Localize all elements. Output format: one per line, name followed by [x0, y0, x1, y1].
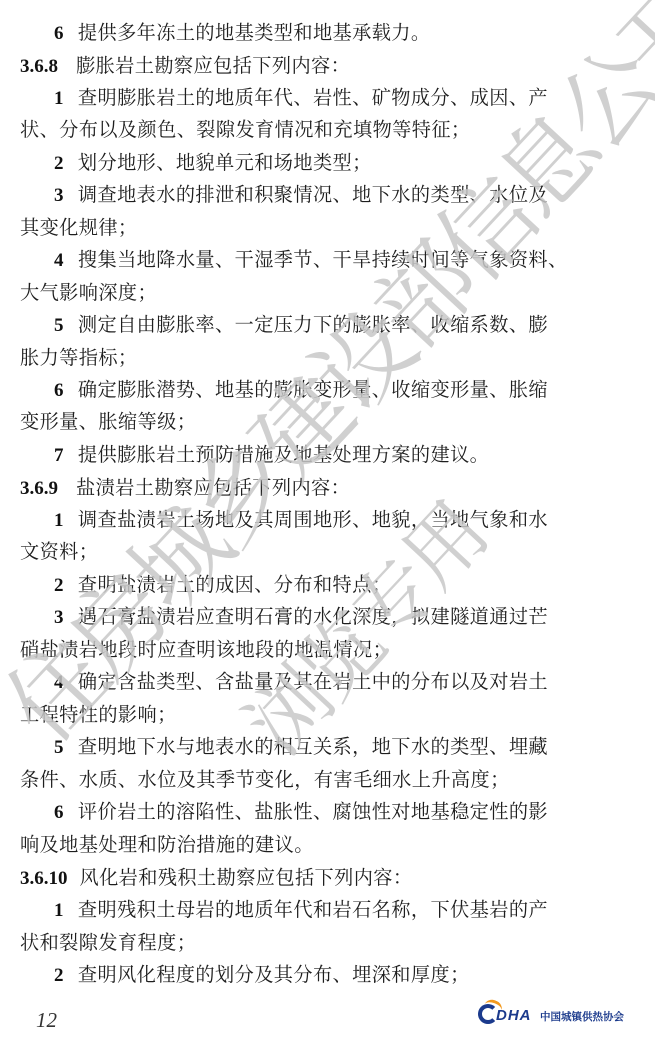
clause-heading: 3.6.9盐渍岩土勘察应包括下列内容：: [20, 472, 635, 504]
item-number: 1: [54, 895, 64, 927]
item-number: 6: [54, 375, 64, 407]
item-number: 3: [54, 180, 64, 212]
list-item: 5查明地下水与地表水的相互关系，地下水的类型、埋藏: [54, 731, 655, 763]
item-number: 2: [54, 148, 64, 180]
item-text: 条件、水质、水位及其季节变化，有害毛细水上升高度；: [20, 768, 510, 791]
clause-heading: 3.6.8膨胀岩土勘察应包括下列内容：: [20, 50, 635, 82]
list-item: 3调查地表水的排泄和积聚情况、地下水的类型、水位及: [54, 179, 655, 211]
continuation-line: 响及地基处理和防治措施的建议。: [20, 829, 635, 861]
item-text: 查明盐渍岩土的成因、分布和特点；: [78, 573, 391, 596]
item-text: 状和裂隙发育程度；: [20, 931, 196, 954]
item-number: 6: [54, 797, 64, 829]
item-text: 调查地表水的排泄和积聚情况、地下水的类型、水位及: [78, 183, 548, 206]
item-text: 硝盐渍岩地段时应查明该地段的地温情况；: [20, 638, 392, 661]
logo-icon: DHA: [478, 1002, 538, 1030]
item-number: 1: [54, 505, 64, 537]
list-item: 1调查盐渍岩土场地及其周围地形、地貌，当地气象和水: [54, 504, 655, 536]
continuation-line: 状和裂隙发育程度；: [20, 927, 635, 959]
clause-text: 风化岩和残积土勘察应包括下列内容：: [80, 866, 413, 889]
list-item: 6提供多年冻土的地基类型和地基承载力。: [54, 17, 655, 49]
list-item: 4确定含盐类型、含盐量及其在岩土中的分布以及对岩土: [54, 666, 655, 698]
item-text: 确定膨胀潜势、地基的膨胀变形量、收缩变形量、胀缩: [78, 378, 548, 401]
item-number: 3: [54, 602, 64, 634]
continuation-line: 状、分布以及颜色、裂隙发育情况和充填物等特征；: [20, 114, 635, 146]
item-number: 6: [54, 18, 64, 50]
continuation-line: 文资料；: [20, 536, 635, 568]
item-text: 查明残积土母岩的地质年代和岩石名称，下伏基岩的产: [78, 898, 548, 921]
list-item: 5测定自由膨胀率、一定压力下的膨胀率、收缩系数、膨: [54, 309, 655, 341]
item-text: 评价岩土的溶陷性、盐胀性、腐蚀性对地基稳定性的影: [78, 800, 548, 823]
item-text: 提供膨胀岩土预防措施及地基处理方案的建议。: [78, 443, 489, 466]
item-text: 调查盐渍岩土场地及其周围地形、地貌，当地气象和水: [78, 508, 548, 531]
continuation-line: 硝盐渍岩地段时应查明该地段的地温情况；: [20, 634, 635, 666]
list-item: 7提供膨胀岩土预防措施及地基处理方案的建议。: [54, 439, 655, 471]
item-text: 工程特性的影响；: [20, 703, 177, 726]
continuation-line: 条件、水质、水位及其季节变化，有害毛细水上升高度；: [20, 764, 635, 796]
item-text: 变形量、胀缩等级；: [20, 410, 196, 433]
logo-abbreviation: DHA: [496, 1007, 532, 1024]
item-number: 7: [54, 440, 64, 472]
logo-organization-name: 中国城镇供热协会: [540, 1009, 624, 1024]
item-text: 遇石膏盐渍岩应查明石膏的水化深度，拟建隧道通过芒: [78, 605, 548, 628]
item-text: 其变化规律；: [20, 216, 138, 239]
item-text: 状、分布以及颜色、裂隙发育情况和充填物等特征；: [20, 118, 471, 141]
continuation-line: 工程特性的影响；: [20, 699, 635, 731]
item-number: 4: [54, 667, 64, 699]
continuation-line: 大气影响深度；: [20, 277, 635, 309]
list-item: 6评价岩土的溶陷性、盐胀性、腐蚀性对地基稳定性的影: [54, 796, 655, 828]
clause-number: 3.6.8: [20, 51, 58, 83]
item-text: 胀力等指标；: [20, 346, 138, 369]
document-page: 6提供多年冻土的地基类型和地基承载力。 3.6.8膨胀岩土勘察应包括下列内容： …: [0, 0, 655, 1043]
cdha-logo: DHA 中国城镇供热协会: [478, 1002, 624, 1030]
item-text: 测定自由膨胀率、一定压力下的膨胀率、收缩系数、膨: [78, 313, 548, 336]
continuation-line: 胀力等指标；: [20, 342, 635, 374]
list-item: 6确定膨胀潜势、地基的膨胀变形量、收缩变形量、胀缩: [54, 374, 655, 406]
item-text: 查明膨胀岩土的地质年代、岩性、矿物成分、成因、产: [78, 86, 548, 109]
continuation-line: 其变化规律；: [20, 212, 635, 244]
list-item: 1查明残积土母岩的地质年代和岩石名称，下伏基岩的产: [54, 894, 655, 926]
list-item: 3遇石膏盐渍岩应查明石膏的水化深度，拟建隧道通过芒: [54, 601, 655, 633]
item-text: 查明风化程度的划分及其分布、埋深和厚度；: [78, 963, 470, 986]
clause-text: 膨胀岩土勘察应包括下列内容：: [76, 54, 350, 77]
list-item: 2划分地形、地貌单元和场地类型；: [54, 147, 655, 179]
item-number: 5: [54, 732, 64, 764]
item-text: 查明地下水与地表水的相互关系，地下水的类型、埋藏: [78, 735, 548, 758]
item-number: 2: [54, 570, 64, 602]
item-text: 文资料；: [20, 540, 98, 563]
item-text: 划分地形、地貌单元和场地类型；: [78, 151, 372, 174]
clause-text: 盐渍岩土勘察应包括下列内容：: [76, 476, 350, 499]
item-number: 2: [54, 960, 64, 992]
list-item: 4搜集当地降水量、干湿季节、干旱持续时间等气象资料、: [54, 244, 655, 276]
page-number: 12: [36, 1008, 57, 1033]
list-item: 1查明膨胀岩土的地质年代、岩性、矿物成分、成因、产: [54, 82, 655, 114]
clause-heading: 3.6.10风化岩和残积土勘察应包括下列内容：: [20, 862, 635, 894]
item-text: 响及地基处理和防治措施的建议。: [20, 833, 314, 856]
list-item: 2查明盐渍岩土的成因、分布和特点；: [54, 569, 655, 601]
continuation-line: 变形量、胀缩等级；: [20, 406, 635, 438]
item-text: 提供多年冻土的地基类型和地基承载力。: [78, 21, 431, 44]
item-number: 4: [54, 245, 64, 277]
item-number: 5: [54, 310, 64, 342]
list-item: 2查明风化程度的划分及其分布、埋深和厚度；: [54, 959, 655, 991]
item-number: 1: [54, 83, 64, 115]
item-text: 确定含盐类型、含盐量及其在岩土中的分布以及对岩土: [78, 670, 548, 693]
clause-number: 3.6.9: [20, 473, 58, 505]
item-text: 大气影响深度；: [20, 281, 157, 304]
item-text: 搜集当地降水量、干湿季节、干旱持续时间等气象资料、: [78, 248, 568, 271]
clause-number: 3.6.10: [20, 863, 68, 895]
